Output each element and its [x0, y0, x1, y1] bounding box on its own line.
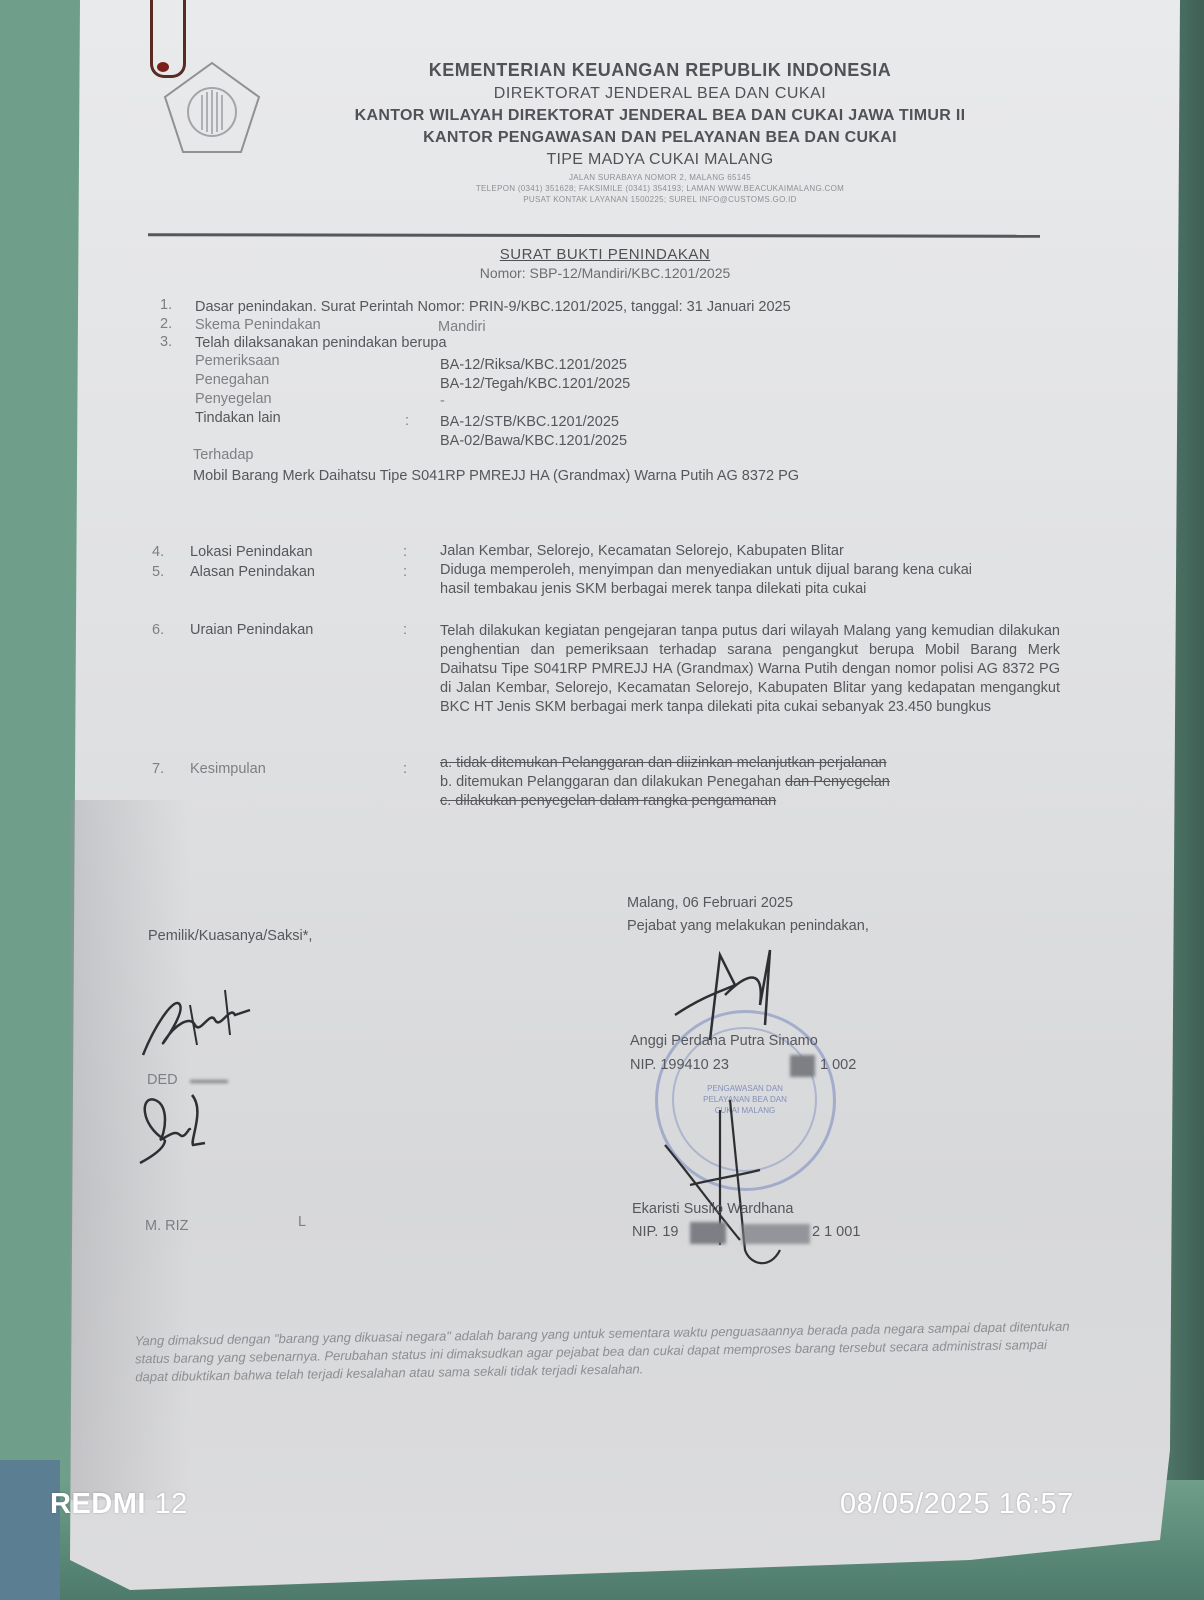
letterhead-office: KANTOR PENGAWASAN DAN PELAYANAN BEA DAN …: [290, 129, 1030, 147]
item-4-label: Lokasi Penindakan: [190, 544, 313, 560]
document-title-block: SURAT BUKTI PENINDAKAN Nomor: SBP-12/Man…: [440, 246, 770, 281]
owner1-signature-icon: [135, 985, 265, 1060]
officer2-nip-suffix: 2 1 001: [812, 1224, 860, 1240]
owner2-signature-icon: [135, 1085, 210, 1165]
redaction-bar: [190, 1080, 228, 1083]
letterhead: KEMENTERIAN KEUANGAN REPUBLIK INDONESIA …: [290, 60, 1030, 204]
tindakan-lain-value-1: BA-12/STB/KBC.1201/2025: [440, 414, 619, 430]
officer1-name: Anggi Perdana Putra Sinamo: [630, 1033, 818, 1049]
item-5-number: 5.: [152, 564, 164, 580]
conclusion-option-b: b. ditemukan Pelanggaran dan dilakukan P…: [440, 774, 890, 790]
item-7-label: Kesimpulan: [190, 761, 266, 777]
officer-caption: Pejabat yang melakukan penindakan,: [627, 918, 869, 934]
officer1-signature-icon: [665, 945, 805, 1045]
officer2-name: Ekaristi Susilo Wardhana: [632, 1201, 793, 1217]
officer1-nip-prefix: NIP. 199410 23: [630, 1057, 729, 1073]
item-5-value-2: hasil tembakau jenis SKM berbagai merek …: [440, 581, 866, 597]
item-7-colon: :: [403, 761, 407, 777]
letterhead-directorate: DIREKTORAT JENDERAL BEA DAN CUKAI: [290, 85, 1030, 103]
item-6-label: Uraian Penindakan: [190, 622, 313, 638]
tindakan-lain-value-2: BA-02/Bawa/KBC.1201/2025: [440, 433, 627, 449]
item-2-label: Skema Penindakan: [195, 317, 321, 333]
letterhead-ministry: KEMENTERIAN KEUANGAN REPUBLIK INDONESIA: [290, 60, 1030, 81]
nip-redaction: [690, 1222, 726, 1244]
tindakan-lain-label: Tindakan lain: [195, 410, 281, 426]
item-5-value-1: Diduga memperoleh, menyimpan dan menyedi…: [440, 562, 972, 578]
pemeriksaan-label: Pemeriksaan: [195, 353, 280, 369]
letterhead-office-type: TIPE MADYA CUKAI MALANG: [290, 151, 1030, 169]
document-title: SURAT BUKTI PENINDAKAN: [440, 246, 770, 263]
item-2-value: Mandiri: [438, 319, 486, 335]
officer2-signature-icon: [660, 1090, 790, 1280]
penegahan-value: BA-12/Tegah/KBC.1201/2025: [440, 376, 630, 392]
item-4-colon: :: [403, 544, 407, 560]
item-6-description: Telah dilakukan kegiatan pengejaran tanp…: [440, 622, 1060, 717]
camera-model: 12: [155, 1488, 188, 1520]
ministry-emblem-icon: [162, 60, 262, 155]
conclusion-option-b-text: b. ditemukan Pelanggaran dan dilakukan P…: [440, 774, 785, 790]
pemeriksaan-value: BA-12/Riksa/KBC.1201/2025: [440, 357, 627, 373]
nip-redaction: [790, 1055, 815, 1077]
item-2-number: 2.: [160, 316, 172, 332]
letterhead-address: JALAN SURABAYA NOMOR 2, MALANG 65145: [290, 173, 1030, 182]
conclusion-option-a: a. tidak ditemukan Pelanggaran dan diizi…: [440, 755, 887, 771]
item-7-number: 7.: [152, 761, 164, 777]
document-number: Nomor: SBP-12/Mandiri/KBC.1201/2025: [440, 265, 770, 281]
item-4-number: 4.: [152, 544, 164, 560]
nip-redaction: [742, 1224, 810, 1244]
conclusion-option-c: c. dilakukan penyegelan dalam rangka pen…: [440, 793, 776, 809]
camera-timestamp: 08/05/2025 16:57: [840, 1488, 1074, 1521]
penyegelan-label: Penyegelan: [195, 391, 272, 407]
officer2-nip-prefix: NIP. 19: [632, 1224, 679, 1240]
item-6-number: 6.: [152, 622, 164, 638]
owner-caption: Pemilik/Kuasanya/Saksi*,: [148, 928, 312, 944]
letterhead-contact: TELEPON (0341) 351628; FAKSIMILE (0341) …: [290, 184, 1030, 193]
item-6-colon: :: [403, 622, 407, 638]
letterhead-service: PUSAT KONTAK LAYANAN 1500225; SUREL INFO…: [290, 195, 1030, 204]
item-1-number: 1.: [160, 297, 172, 313]
terhadap-value: Mobil Barang Merk Daihatsu Tipe S041RP P…: [193, 468, 799, 484]
tindakan-lain-colon: :: [405, 413, 409, 429]
penegahan-label: Penegahan: [195, 372, 269, 388]
item-1-text: Dasar penindakan. Surat Perintah Nomor: …: [195, 299, 791, 315]
item-3-label: Telah dilaksanakan penindakan berupa: [195, 335, 447, 351]
background-cloth: [0, 1460, 60, 1600]
owner2-name-suffix: L: [298, 1214, 306, 1230]
camera-watermark-brand: REDMI 12: [50, 1488, 188, 1521]
item-5-colon: :: [403, 564, 407, 580]
item-3-number: 3.: [160, 334, 172, 350]
penyegelan-value: -: [440, 393, 445, 409]
camera-brand: REDMI: [50, 1488, 146, 1520]
conclusion-option-b-struck: dan Penyegelan: [785, 774, 890, 790]
item-4-value: Jalan Kembar, Selorejo, Kecamatan Selore…: [440, 543, 844, 559]
officer1-nip-suffix: 1 002: [820, 1057, 856, 1073]
terhadap-label: Terhadap: [193, 447, 253, 463]
owner2-name: M. RIZ: [145, 1218, 189, 1234]
place-date: Malang, 06 Februari 2025: [627, 895, 793, 911]
letterhead-regional-office: KANTOR WILAYAH DIREKTORAT JENDERAL BEA D…: [290, 107, 1030, 125]
item-5-label: Alasan Penindakan: [190, 564, 315, 580]
